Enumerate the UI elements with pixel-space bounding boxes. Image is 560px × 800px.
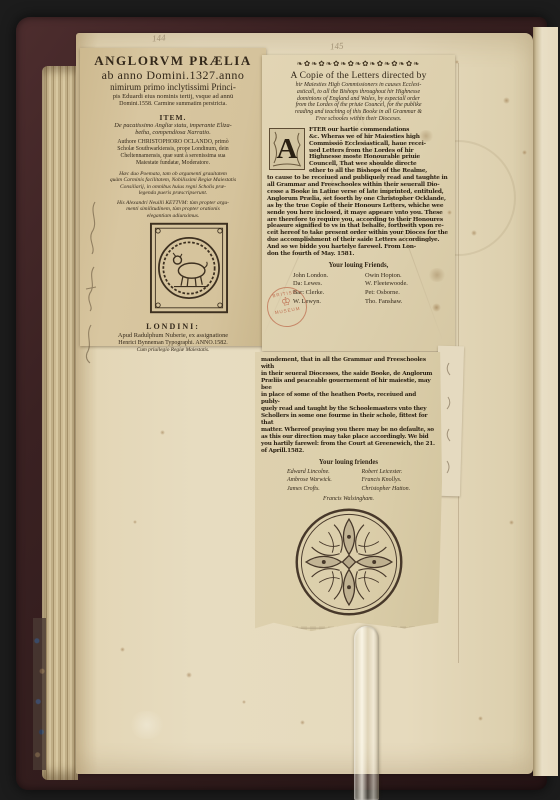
folio-number-right: 145 bbox=[330, 41, 344, 52]
main-title: ANGLORVM PRÆLIA bbox=[86, 53, 260, 68]
lamb-woodcut-emblem bbox=[102, 222, 276, 319]
ink-marginalia bbox=[442, 359, 456, 479]
friends-salutation: Your louing friendes bbox=[261, 459, 436, 467]
foxing-spot bbox=[160, 430, 165, 435]
marbled-endpaper bbox=[33, 618, 46, 770]
council-letter-fragment: mandement, that in all the Grammar and F… bbox=[255, 352, 442, 634]
title-line: ab anno Domini.1327.anno bbox=[86, 68, 260, 82]
nota2-paragraph: His Alexandri Neuilli KETTVM: tùm propte… bbox=[86, 200, 260, 220]
folio-number-left: 144 bbox=[152, 33, 166, 44]
book-photograph: 144 145 ANGLORVM PRÆLIA ab anno Domini.1… bbox=[0, 0, 560, 800]
author-statement: Authore CHRISTOPHORO OCLANDO, primòSchol… bbox=[86, 139, 260, 166]
imprint-line: Henrici Bynneman Typographi. ANNO.1582. bbox=[86, 340, 260, 347]
woodcut-initial-icon: A bbox=[269, 128, 305, 170]
foxing-spot bbox=[186, 672, 192, 678]
foxing-spot bbox=[503, 97, 510, 104]
ink-marginalia bbox=[86, 200, 102, 256]
foxing-spot bbox=[300, 720, 305, 725]
rosette-woodcut-ornament bbox=[261, 506, 436, 623]
foxing-spot bbox=[478, 716, 483, 721]
verso-showthrough-texture bbox=[265, 626, 432, 672]
title-line: Domini.1558. Carmine summatim perstricta… bbox=[86, 101, 260, 109]
imprint-line: Apud Radulphum Nuberie, ex assignatione bbox=[86, 332, 260, 340]
stain bbox=[428, 268, 446, 282]
album-page: 144 145 ANGLORVM PRÆLIA ab anno Domini.1… bbox=[76, 33, 533, 774]
foxing-spot bbox=[242, 700, 246, 704]
council-letter-text: mandement, that in all the Grammar and F… bbox=[261, 357, 436, 455]
foxing-spot bbox=[120, 647, 125, 652]
letter-page-fragment: ❧✿❧✿❧✿❧✿❧✿❧✿❧✿❧✿❧ A Copie of the Letters… bbox=[262, 55, 455, 351]
foxing-spot bbox=[133, 520, 137, 524]
foxing-spot bbox=[522, 150, 527, 155]
nota-paragraph: Hæc duo Poemata, tam ob argumenti grauit… bbox=[86, 171, 260, 197]
facing-page-edge bbox=[533, 27, 558, 776]
ink-marginalia bbox=[81, 323, 97, 365]
letter-body: A FTER our hartie commendations&c. Whera… bbox=[267, 127, 450, 258]
imprint-place: LONDINI: bbox=[86, 322, 260, 332]
item-description: De pacatissimo Angliæ statu, imperante E… bbox=[86, 122, 260, 137]
item-label: ITEM. bbox=[86, 113, 260, 122]
headpiece-ornament-icon: ❧✿❧✿❧✿❧✿❧✿❧✿❧✿❧✿❧ bbox=[267, 59, 450, 68]
title-page-fragment: ANGLORVM PRÆLIA ab anno Domini.1327.anno… bbox=[80, 48, 266, 346]
foxing-spot bbox=[432, 303, 441, 312]
foxing-spot bbox=[447, 210, 452, 215]
page-edges-gutter bbox=[42, 66, 78, 780]
ink-marginalia bbox=[83, 265, 99, 313]
glass-conservation-rod bbox=[354, 626, 379, 800]
title-line: pis Eduardi eius nominis tertij, vsque a… bbox=[86, 93, 260, 101]
worn-patch bbox=[130, 711, 164, 739]
title-line: nimirum primo inclytissimi Princi- bbox=[86, 82, 260, 93]
foxing-spot bbox=[509, 520, 514, 525]
letter-text-full: to cause to be receiued and publiquely r… bbox=[267, 175, 450, 258]
stain bbox=[418, 130, 434, 142]
privy-council-name-list: Edward Lincolne.Robert Leicester.Ambrose… bbox=[261, 469, 436, 494]
foxing-spot bbox=[471, 230, 477, 236]
name-walsingham: Francis Walsingham. bbox=[261, 496, 436, 503]
letter-heading: A Copie of the Letters directed by bbox=[267, 70, 450, 82]
foxing-spot bbox=[455, 60, 459, 64]
imprint-privilege: Cum priuilegio Regiæ Maiestatis. bbox=[86, 347, 260, 354]
letter-subheading: hir Maiesties High Commissioners in caus… bbox=[267, 82, 450, 123]
